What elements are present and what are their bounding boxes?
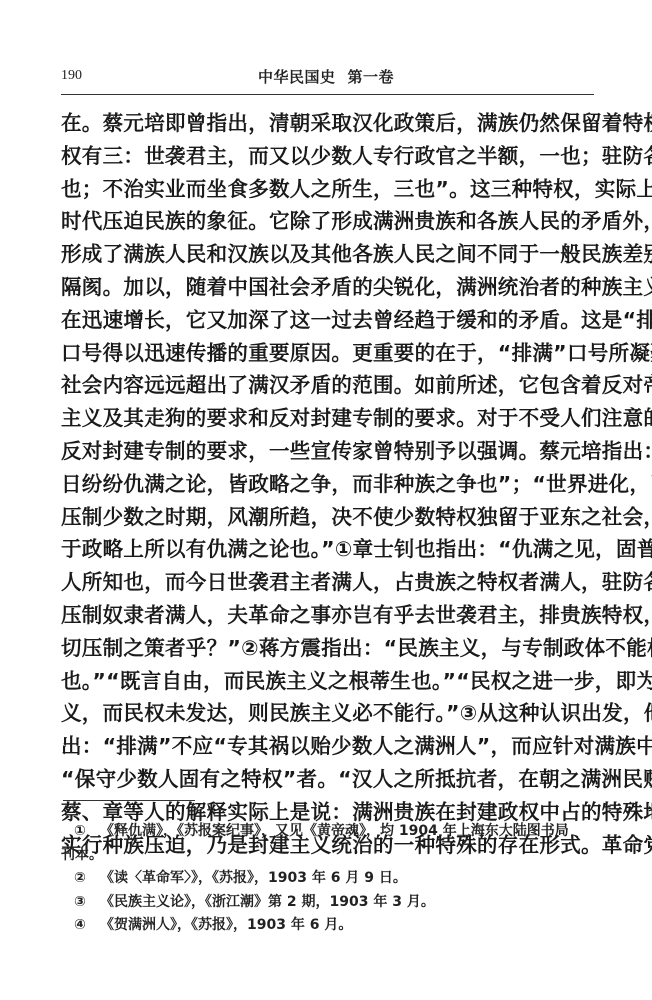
- text-line: 时代压迫民族的象征。它除了形成满洲贵族和各族人民的矛盾外，还: [61, 206, 594, 239]
- footnote-text: 《贺满洲人》，《苏报》，1903 年 6 月。: [100, 917, 352, 933]
- footnote-2: ②《读〈革命军〉》，《苏报》，1903 年 6 月 9 日。: [61, 867, 594, 891]
- text-line: 反对封建专制的要求，一些宣传家曾特别予以强调。蔡元培指出：“近: [61, 436, 594, 469]
- text-line: 压制奴隶者满人，夫革命之事亦岂有乎去世袭君主，排贵族特权，覆一: [61, 600, 594, 633]
- footnote-3: ③《民族主义论》，《浙江潮》第 2 期，1903 年 3 月。: [61, 891, 594, 915]
- text-line: 形成了满族人民和汉族以及其他各族人民之间不同于一般民族差别的: [61, 239, 594, 272]
- text-line: 社会内容远远超出了满汉矛盾的范围。如前所述，它包含着反对帝国: [61, 370, 594, 403]
- running-head: 中华民国史第一卷: [0, 66, 652, 87]
- text-line: “保守少数人固有之特权”者。“汉人之所抵抗者，在朝之满洲民贼”④。: [61, 764, 594, 797]
- footnote-1: ①《释仇满》，《苏报案纪事》，又见《黄帝魂》，均 1904 年上海东大陆图书局: [61, 820, 594, 844]
- text-line: 权有三：世袭君主，而又以少数人专行政官之半额，一也；驻防各省，二: [61, 141, 594, 174]
- footnote-mark: ③: [74, 891, 100, 915]
- text-line: 出：“排满”不应“专其祸以贻少数人之满洲人”，而应针对满族中那些: [61, 731, 594, 764]
- text-line: 压制少数之时期，风潮所趋，决不使少数特权独留于亚东之社会，此其: [61, 502, 594, 535]
- text-line: 也。”“既言自由，而民族主义之根蒂生也。”“民权之进一步，即为民族主: [61, 666, 594, 699]
- book-title: 中华民国史: [258, 68, 336, 86]
- header-rule: [61, 94, 594, 95]
- text-line: 也；不治实业而坐食多数人之所生，三也”。这三种特权，实际上是封建: [61, 174, 594, 207]
- footnote-mark: ②: [74, 867, 100, 891]
- body-text: 在。蔡元培即曾指出，清朝采取汉化政策后，满族仍然保留着特权，“特 权有三：世袭君…: [61, 108, 594, 862]
- text-line: 在迅速增长，它又加深了这一过去曾经趋于缓和的矛盾。这是“排满”: [61, 305, 594, 338]
- footnote-text: 《释仇满》，《苏报案纪事》，又见《黄帝魂》，均 1904 年上海东大陆图书局: [100, 823, 569, 839]
- text-line: 主义及其走狗的要求和反对封建专制的要求。对于不受人们注意的、: [61, 403, 594, 436]
- text-line: 于政略上所以有仇满之论也。”①章士钊也指出：“仇满之见，固普通之: [61, 534, 594, 567]
- text-line: 人所知也，而今日世袭君主者满人，占贵族之特权者满人，驻防各地以: [61, 567, 594, 600]
- footnote-rule: [63, 800, 195, 801]
- footnotes: ①《释仇满》，《苏报案纪事》，又见《黄帝魂》，均 1904 年上海东大陆图书局 …: [61, 820, 594, 938]
- footnote-4: ④《贺满洲人》，《苏报》，1903 年 6 月。: [61, 914, 594, 938]
- text-line: 口号得以迅速传播的重要原因。更重要的在于，“排满”口号所凝聚的: [61, 338, 594, 371]
- text-line: 隔阂。加以，随着中国社会矛盾的尖锐化，满洲统治者的种族主义情绪: [61, 272, 594, 305]
- text-line: 切压制之策者乎？”②蒋方震指出：“民族主义，与专制政体不能相容者: [61, 633, 594, 666]
- footnote-mark: ①: [74, 820, 100, 844]
- footnote-mark: ④: [74, 914, 100, 938]
- footnote-text: 《民族主义论》，《浙江潮》第 2 期，1903 年 3 月。: [100, 894, 435, 910]
- volume-label: 第一卷: [348, 68, 395, 86]
- text-line: 在。蔡元培即曾指出，清朝采取汉化政策后，满族仍然保留着特权，“特: [61, 108, 594, 141]
- footnote-1-continuation: 刊本。: [61, 844, 594, 868]
- footnote-text: 《读〈革命军〉》，《苏报》，1903 年 6 月 9 日。: [100, 870, 407, 886]
- text-line: 日纷纷仇满之论，皆政略之争，而非种族之争也”；“世界进化，已及多数: [61, 469, 594, 502]
- text-line: 义，而民权未发达，则民族主义必不能行。”③从这种认识出发，他们指: [61, 698, 594, 731]
